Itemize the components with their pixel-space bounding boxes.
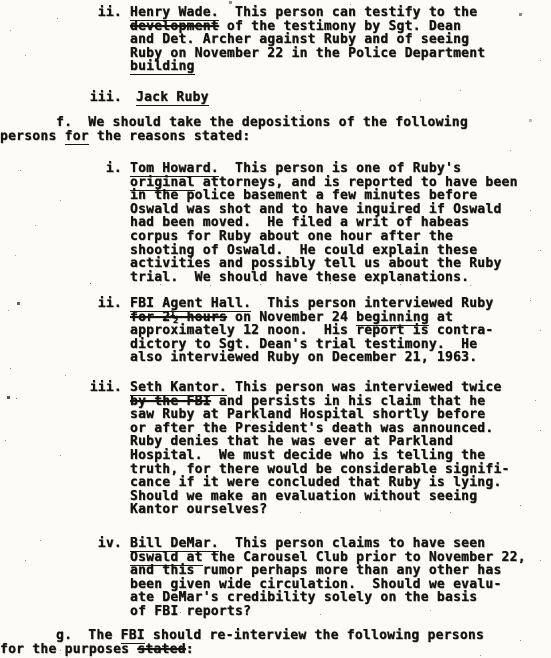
item-text-henry-wade: Henry Wade. This person can testify to t… [130,6,542,74]
paragraph-f: f. We should take the depositions of the… [0,116,551,143]
item-numeral-ii: ii. [0,6,122,20]
item-text-tom-howard: Tom Howard. This person is one of Ruby's… [130,162,542,284]
item-numeral-iii: iii. [0,381,122,395]
paragraph-g: g. The FBI should re-interview the follo… [0,629,551,656]
scanned-memo-page: ii. Henry Wade. This person can testify … [0,0,551,658]
scan-noise-speckles [0,0,1,1]
item-numeral-iii: iii. [0,91,122,105]
item-text-seth-kantor: Seth Kantor. This person was interviewed… [130,381,542,517]
item-numeral-iv: iv. [0,537,122,551]
item-text-bill-demar: Bill DeMar. This person claims to have s… [130,537,542,619]
item-numeral-ii: ii. [0,297,122,311]
item-text-jack-ruby: Jack Ruby [136,91,548,105]
item-numeral-i: i. [0,162,122,176]
item-text-fbi-agent-hall: FBI Agent Hall. This person interviewed … [130,297,542,365]
